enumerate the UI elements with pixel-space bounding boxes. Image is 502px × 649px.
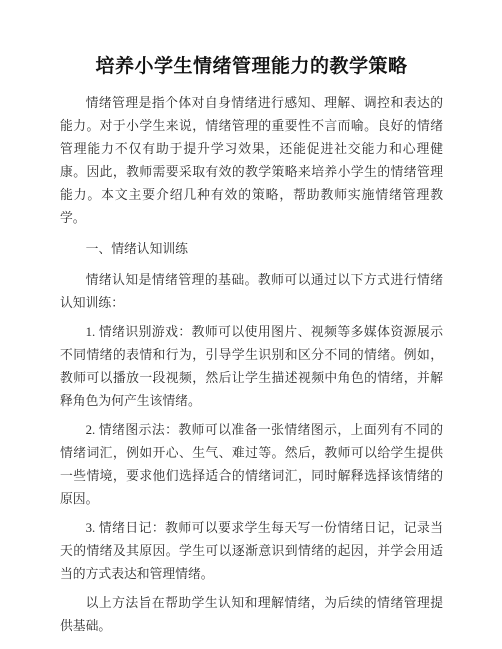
paragraph-section-lead: 情绪认知是情绪管理的基础。教师可以通过以下方式进行情绪认知训练：	[60, 269, 443, 315]
paragraph-item-3-emotion-diary: 3. 情绪日记：教师可以要求学生每天写一份情绪日记，记录当天的情绪及其原因。学生…	[60, 517, 443, 586]
document-page: 培养小学生情绪管理能力的教学策略 情绪管理是指个体对自身情绪进行感知、理解、调控…	[0, 0, 502, 649]
paragraph-item-1-emotion-recognition-game: 1. 情绪识别游戏：教师可以使用图片、视频等多媒体资源展示不同情绪的表情和行为，…	[60, 321, 443, 413]
paragraph-item-2-emotion-chart-method: 2. 情绪图示法：教师可以准备一张情绪图示，上面列有不同的情绪词汇，例如开心、生…	[60, 419, 443, 511]
paragraph-intro: 情绪管理是指个体对自身情绪进行感知、理解、调控和表达的能力。对于小学生来说，情绪…	[60, 92, 443, 230]
document-title: 培养小学生情绪管理能力的教学策略	[60, 52, 443, 82]
paragraph-conclusion: 以上方法旨在帮助学生认知和理解情绪，为后续的情绪管理提供基础。	[60, 592, 443, 638]
section-heading-emotion-cognition-training: 一、情绪认知训练	[60, 238, 443, 261]
